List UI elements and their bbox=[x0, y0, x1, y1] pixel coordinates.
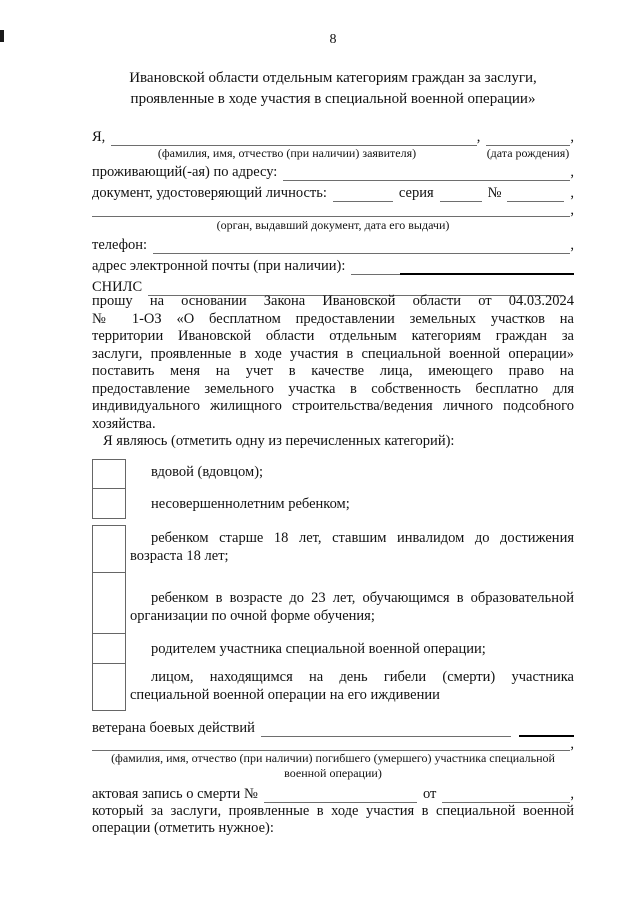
closing-line-1: который за заслуги, проявленные в ходе у… bbox=[92, 803, 574, 821]
name-captions-row: (фамилия, имя, отчество (при наличии) за… bbox=[92, 146, 574, 160]
request-paragraph-line: индивидуального жилищного строительства/… bbox=[92, 398, 574, 416]
request-paragraph-line: прошу на основании Закона Ивановской обл… bbox=[92, 293, 574, 311]
email-label: адрес электронной почты (при наличии): bbox=[92, 257, 345, 275]
category-row-student-child: ребенком в возрасте до 23 лет, обучающим… bbox=[92, 573, 574, 634]
email-blank-short[interactable] bbox=[351, 259, 400, 275]
doc-series-blank[interactable] bbox=[440, 186, 482, 202]
death-act-label: актовая запись о смерти № bbox=[92, 785, 258, 803]
scan-artifact-mark bbox=[0, 30, 4, 42]
doc-type-blank[interactable] bbox=[333, 186, 393, 202]
category-row-widow: вдовой (вдовцом); bbox=[92, 459, 574, 489]
comma: , bbox=[570, 184, 574, 202]
closing-line-2: операции (отметить нужное): bbox=[92, 820, 574, 838]
category-row-disabled-child: ребенком старше 18 лет, ставшим инвалидо… bbox=[92, 525, 574, 573]
deceased-fio-blank[interactable] bbox=[92, 738, 570, 751]
email-blank-long[interactable] bbox=[400, 258, 574, 275]
category-label: несовершеннолетним ребенком; bbox=[130, 495, 574, 513]
address-label: проживающий(-ая) по адресу: bbox=[92, 163, 277, 181]
document-page: 8 Ивановской области отдельным категория… bbox=[0, 0, 640, 905]
category-label: родителем участника специальной военной … bbox=[130, 640, 574, 658]
doc-issuer-row: , bbox=[92, 203, 574, 217]
comma: , bbox=[570, 203, 574, 217]
category-label: возраста 18 лет; bbox=[130, 547, 574, 565]
fio-caption: (фамилия, имя, отчество (при наличии) за… bbox=[92, 146, 482, 160]
deceased-fio-row: , bbox=[92, 737, 574, 751]
death-act-date-blank[interactable] bbox=[442, 787, 570, 803]
address-row: проживающий(-ая) по адресу: , bbox=[92, 163, 574, 181]
deceased-caption-line-1: (фамилия, имя, отчество (при наличии) по… bbox=[92, 751, 574, 766]
comma: , bbox=[570, 236, 574, 254]
number-sign: № bbox=[488, 184, 502, 202]
category-checkbox-student-child[interactable] bbox=[92, 572, 126, 634]
veteran-name-blank-1[interactable] bbox=[261, 721, 511, 737]
request-paragraph: прошу на основании Закона Ивановской обл… bbox=[92, 293, 574, 451]
category-label: лицом, находящимся на день гибели (смерт… bbox=[130, 668, 574, 686]
categories-table: вдовой (вдовцом); несовершеннолетним реб… bbox=[92, 459, 574, 711]
deceased-caption-line-2: военной операции) bbox=[92, 766, 574, 781]
request-paragraph-line: предоставление земельного участка в собс… bbox=[92, 381, 574, 399]
category-row-minor-child: несовершеннолетним ребенком; bbox=[92, 489, 574, 519]
category-label: вдовой (вдовцом); bbox=[130, 463, 574, 481]
fio-blank[interactable] bbox=[111, 130, 476, 146]
veteran-name-blank-2[interactable] bbox=[519, 720, 574, 737]
from-label: от bbox=[423, 785, 436, 803]
birthdate-blank[interactable] bbox=[486, 130, 570, 146]
doc-number-blank[interactable] bbox=[507, 186, 564, 202]
page-number: 8 bbox=[92, 32, 574, 48]
veteran-row: ветерана боевых действий bbox=[92, 719, 574, 737]
category-label: организации по очной форме обучения; bbox=[130, 607, 574, 625]
applicant-name-row: Я, , , bbox=[92, 128, 574, 146]
ya-label: Я, bbox=[92, 128, 105, 146]
category-checkbox-minor-child[interactable] bbox=[92, 488, 126, 519]
veteran-label: ветерана боевых действий bbox=[92, 719, 255, 737]
closing-paragraph: который за заслуги, проявленные в ходе у… bbox=[92, 803, 574, 838]
request-paragraph-line: хозяйства. bbox=[92, 416, 574, 434]
address-blank[interactable] bbox=[283, 165, 570, 181]
category-row-parent: родителем участника специальной военной … bbox=[92, 634, 574, 664]
email-row: адрес электронной почты (при наличии): bbox=[92, 257, 574, 275]
birthdate-caption: (дата рождения) bbox=[482, 146, 574, 160]
request-paragraph-line: территории Ивановской области отдельным … bbox=[92, 328, 574, 346]
doc-issuer-blank[interactable] bbox=[92, 204, 570, 217]
category-checkbox-widow[interactable] bbox=[92, 459, 126, 489]
category-label: ребенком в возрасте до 23 лет, обучающим… bbox=[130, 589, 574, 607]
death-act-number-blank[interactable] bbox=[264, 787, 417, 803]
category-checkbox-dependent[interactable] bbox=[92, 663, 126, 711]
request-paragraph-line: поставить меня на учет в качестве лица, … bbox=[92, 363, 574, 381]
category-checkbox-disabled-child[interactable] bbox=[92, 525, 126, 573]
categories-intro: Я являюсь (отметить одну из перечисленны… bbox=[92, 433, 574, 451]
category-row-dependent: лицом, находящимся на день гибели (смерт… bbox=[92, 664, 574, 711]
request-paragraph-line: № 1-ОЗ «О бесплатном предоставлении земе… bbox=[92, 311, 574, 329]
comma: , bbox=[570, 737, 574, 751]
phone-row: телефон: , bbox=[92, 236, 574, 254]
heading-line-1: Ивановской области отдельным категориям … bbox=[92, 68, 574, 89]
phone-label: телефон: bbox=[92, 236, 147, 254]
category-label: специальной военной операции на его ижди… bbox=[130, 686, 574, 704]
phone-blank[interactable] bbox=[153, 238, 570, 254]
comma: , bbox=[477, 128, 481, 146]
heading-line-2: проявленные в ходе участия в специальной… bbox=[92, 89, 574, 110]
identity-doc-row: документ, удостоверяющий личность: серия… bbox=[92, 184, 574, 202]
death-act-row: актовая запись о смерти № от , bbox=[92, 785, 574, 803]
comma: , bbox=[570, 785, 574, 803]
identity-doc-label: документ, удостоверяющий личность: bbox=[92, 184, 327, 202]
category-checkbox-parent[interactable] bbox=[92, 633, 126, 664]
comma: , bbox=[570, 128, 574, 146]
comma: , bbox=[570, 163, 574, 181]
issuer-caption: (орган, выдавший документ, дата его выда… bbox=[92, 218, 574, 232]
series-label: серия bbox=[399, 184, 434, 202]
request-paragraph-line: заслуги, проявленные в ходе участия в сп… bbox=[92, 346, 574, 364]
category-label: ребенком старше 18 лет, ставшим инвалидо… bbox=[130, 529, 574, 547]
document-heading: Ивановской области отдельным категориям … bbox=[92, 68, 574, 110]
